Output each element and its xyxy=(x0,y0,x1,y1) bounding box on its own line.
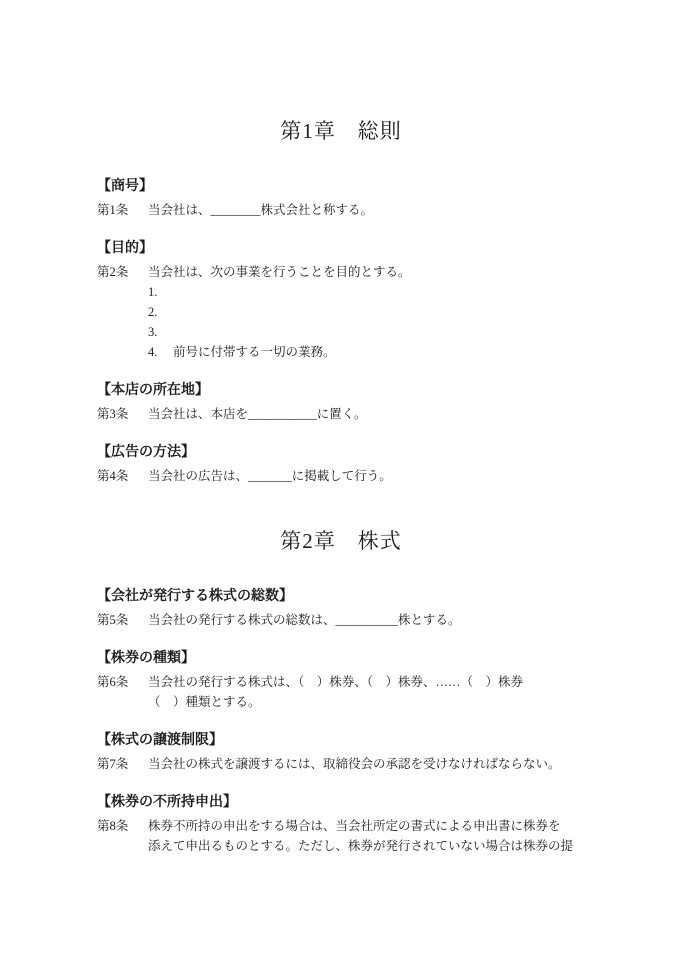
section-heading: 【本店の所在地】 xyxy=(97,382,585,399)
section-heading: 【株券の不所持申出】 xyxy=(97,794,585,811)
article-2: 第2条 当会社は、次の事業を行うことを目的とする。 1. 2. 3. 4. 前号… xyxy=(97,262,585,362)
article-body: 当会社は、________株式会社と称する。 xyxy=(148,200,585,220)
section-heading: 【会社が発行する株式の総数】 xyxy=(97,588,585,605)
article-body: 当会社の株式を譲渡するには、取締役会の承認を受けなければならない。 xyxy=(148,754,585,774)
article-body: 株券不所持の申出をする場合は、当会社所定の書式による申出書に株券を 添えて申出る… xyxy=(148,816,585,856)
article-number: 第8条 xyxy=(97,816,148,836)
article-body: 当会社の広告は、_______に掲載して行う。 xyxy=(148,466,585,486)
article-number: 第2条 xyxy=(97,262,148,282)
article-3: 第3条 当会社は、本店を___________に置く。 xyxy=(97,404,585,424)
section-total-shares: 【会社が発行する株式の総数】 第5条 当会社の発行する株式の総数は、______… xyxy=(97,588,585,630)
article-number: 第6条 xyxy=(97,672,148,692)
section-heading: 【商号】 xyxy=(97,178,585,195)
document-page: 第1章 総則 【商号】 第1条 当会社は、________株式会社と称する。 【… xyxy=(0,0,680,962)
section-public-notice: 【広告の方法】 第4条 当会社の広告は、_______に掲載して行う。 xyxy=(97,444,585,486)
article-number: 第7条 xyxy=(97,754,148,774)
article-body: 当会社は、次の事業を行うことを目的とする。 1. 2. 3. 4. 前号に付帯す… xyxy=(148,262,585,362)
section-trade-name: 【商号】 第1条 当会社は、________株式会社と称する。 xyxy=(97,178,585,220)
section-head-office: 【本店の所在地】 第3条 当会社は、本店を___________に置く。 xyxy=(97,382,585,424)
article-4: 第4条 当会社の広告は、_______に掲載して行う。 xyxy=(97,466,585,486)
section-purpose: 【目的】 第2条 当会社は、次の事業を行うことを目的とする。 1. 2. 3. … xyxy=(97,240,585,362)
section-heading: 【株券の種類】 xyxy=(97,650,585,667)
section-heading: 【株式の譲渡制限】 xyxy=(97,732,585,749)
section-heading: 【広告の方法】 xyxy=(97,444,585,461)
section-heading: 【目的】 xyxy=(97,240,585,257)
chapter-2-title: 第2章 株式 xyxy=(97,528,585,555)
section-share-certificate-types: 【株券の種類】 第6条 当会社の発行する株式は、（ ）株券、（ ）株券、……（ … xyxy=(97,650,585,712)
article-number: 第5条 xyxy=(97,610,148,630)
article-number: 第3条 xyxy=(97,404,148,424)
section-non-possession-report: 【株券の不所持申出】 第8条 株券不所持の申出をする場合は、当会社所定の書式によ… xyxy=(97,794,585,856)
section-transfer-restriction: 【株式の譲渡制限】 第7条 当会社の株式を譲渡するには、取締役会の承認を受けなけ… xyxy=(97,732,585,774)
article-8: 第8条 株券不所持の申出をする場合は、当会社所定の書式による申出書に株券を 添え… xyxy=(97,816,585,856)
article-body: 当会社の発行する株式は、（ ）株券、（ ）株券、……（ ）株券 （ ）種類とする… xyxy=(148,672,585,712)
article-number: 第1条 xyxy=(97,200,148,220)
article-6: 第6条 当会社の発行する株式は、（ ）株券、（ ）株券、……（ ）株券 （ ）種… xyxy=(97,672,585,712)
article-number: 第4条 xyxy=(97,466,148,486)
article-body: 当会社は、本店を___________に置く。 xyxy=(148,404,585,424)
article-5: 第5条 当会社の発行する株式の総数は、__________株とする。 xyxy=(97,610,585,630)
article-1: 第1条 当会社は、________株式会社と称する。 xyxy=(97,200,585,220)
article-body: 当会社の発行する株式の総数は、__________株とする。 xyxy=(148,610,585,630)
article-7: 第7条 当会社の株式を譲渡するには、取締役会の承認を受けなければならない。 xyxy=(97,754,585,774)
chapter-1-title: 第1章 総則 xyxy=(97,118,585,145)
